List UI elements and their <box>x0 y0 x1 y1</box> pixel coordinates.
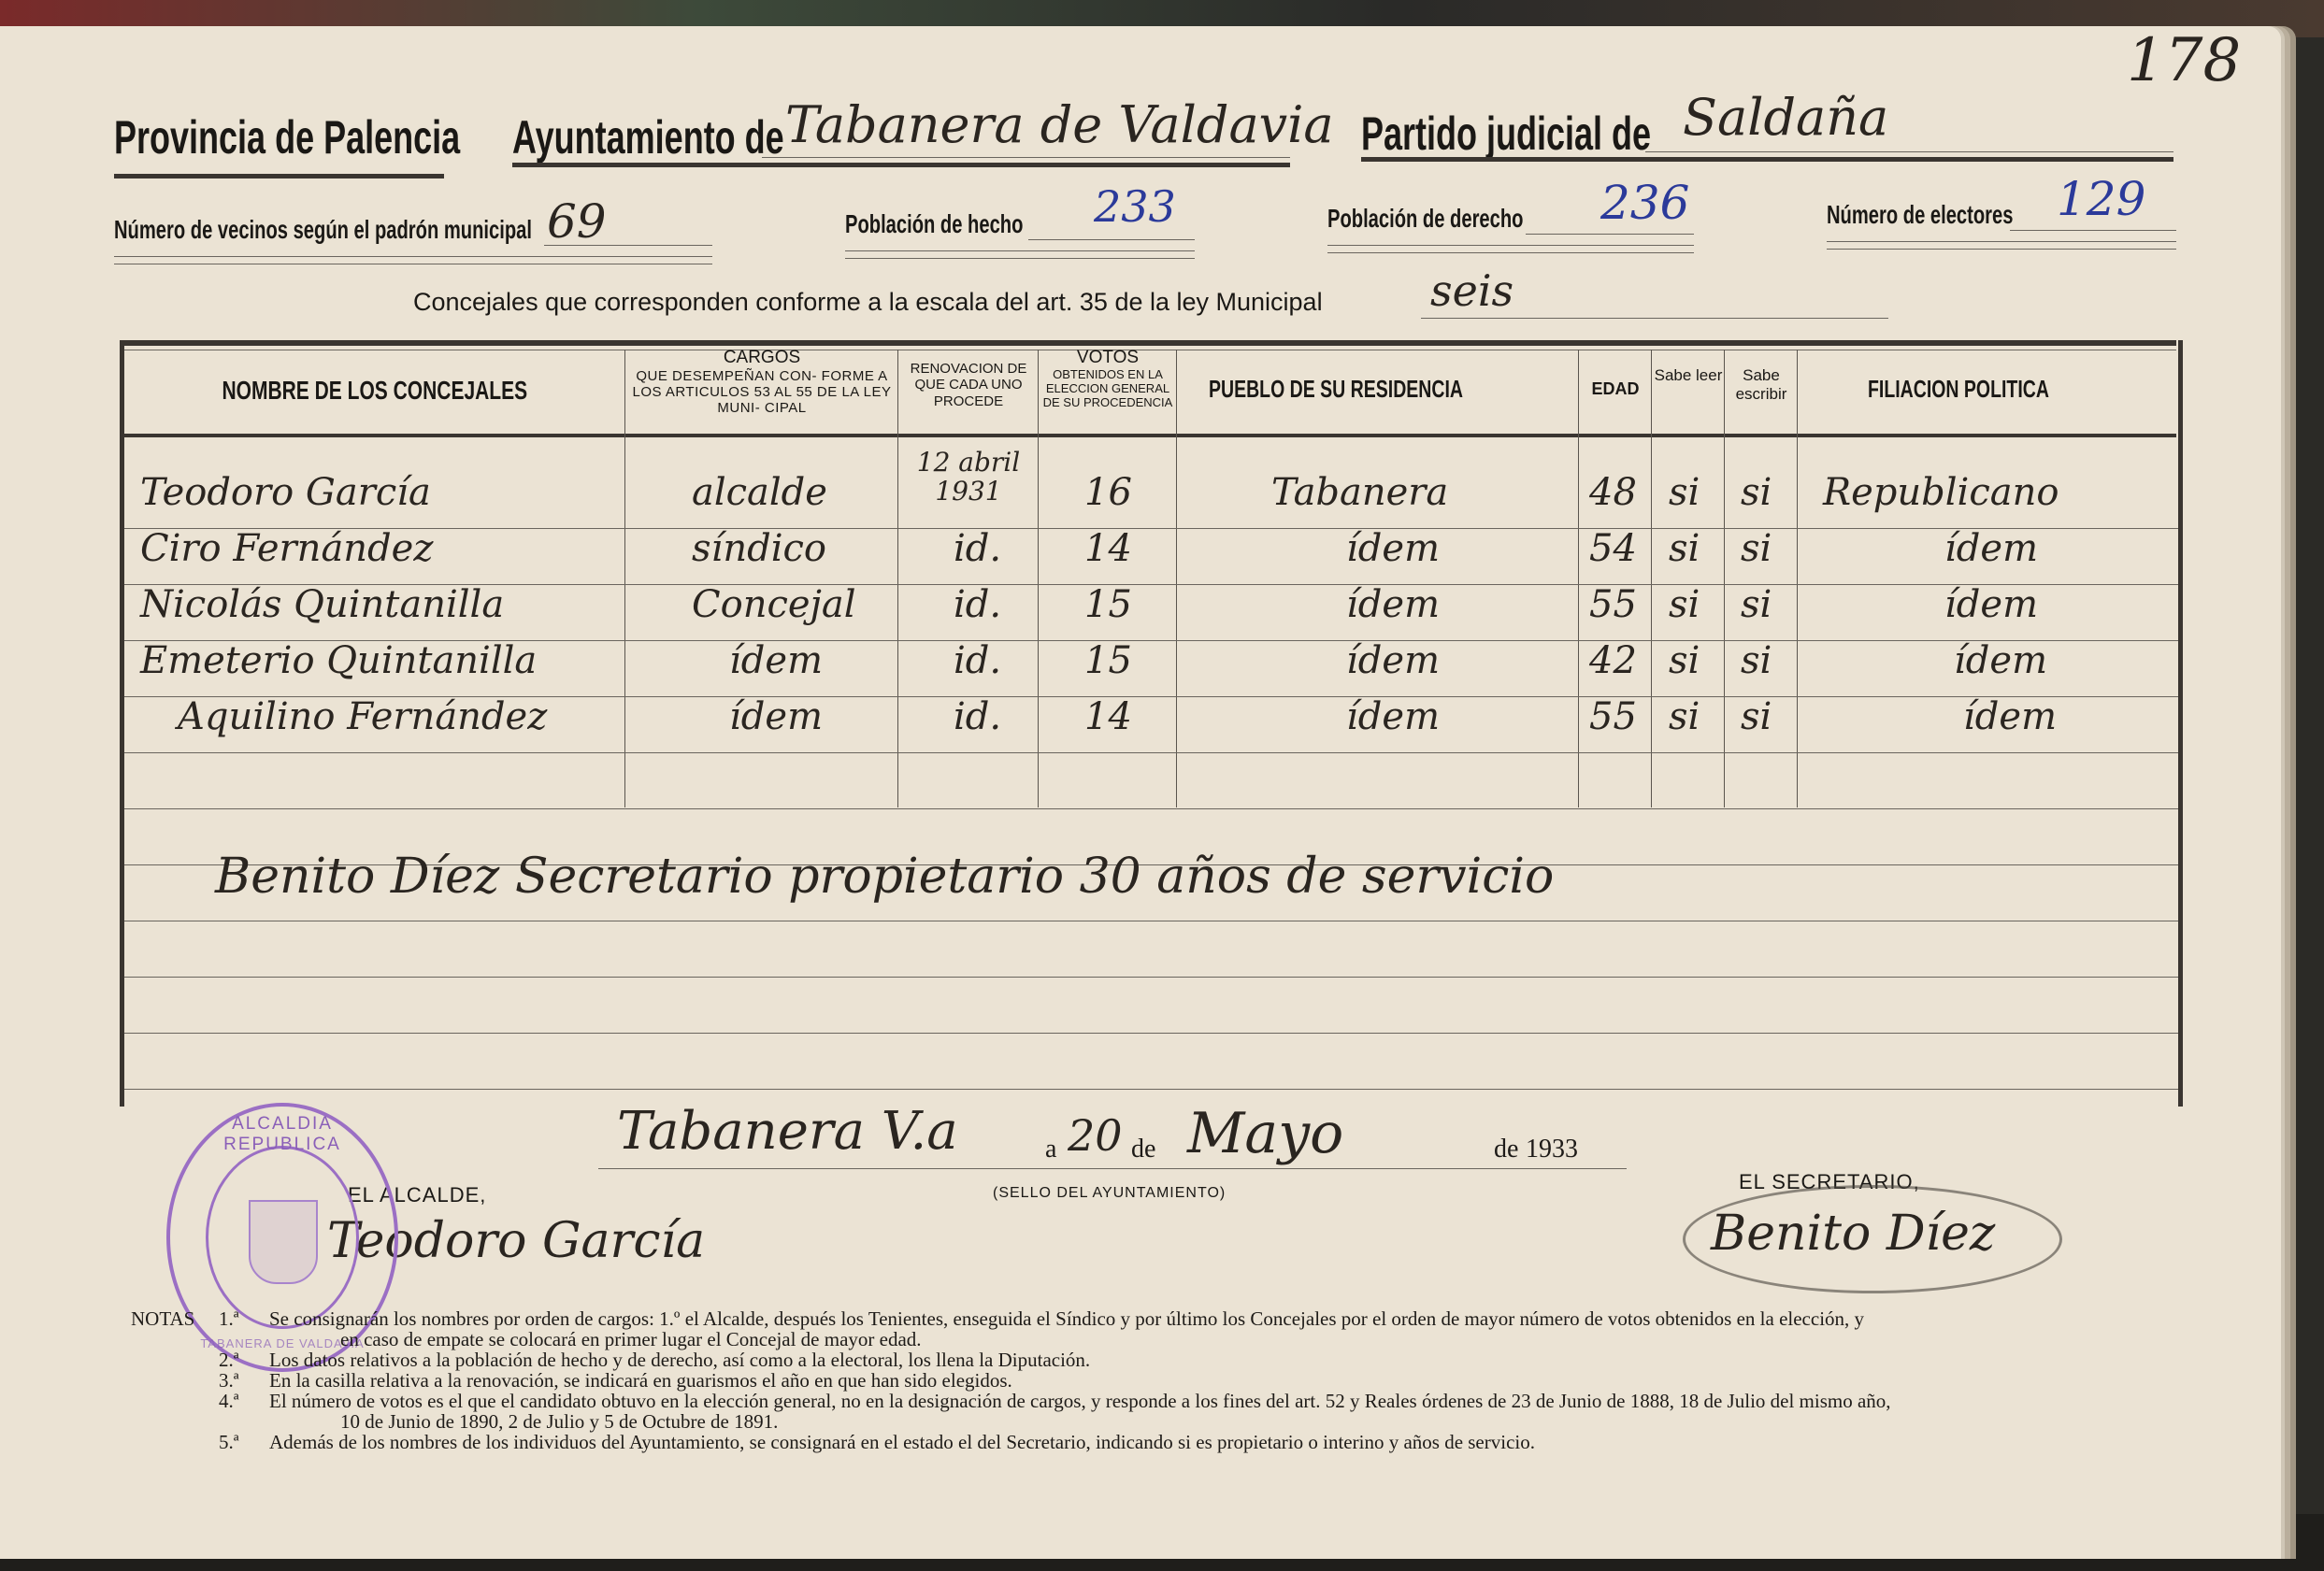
hecho-rule-1 <box>845 250 1195 251</box>
concejales-label: Concejales que corresponden conforme a l… <box>413 288 1323 317</box>
footer-year: 1933 <box>1526 1135 1578 1164</box>
cell-nombre: Nicolás Quintanilla <box>140 583 504 626</box>
cell-escribir: si <box>1741 583 1772 626</box>
note-number: 3.ª <box>219 1370 239 1391</box>
header-edad: EDAD <box>1580 379 1651 399</box>
cell-leer: si <box>1669 695 1700 738</box>
col-divider <box>897 350 898 807</box>
date-line <box>598 1168 1627 1169</box>
note-continuation: en caso de empate se colocará en primer … <box>131 1329 2216 1350</box>
cell-votos: 14 <box>1084 695 1132 738</box>
cell-filiacion: ídem <box>1944 527 2038 570</box>
folio-number: 178 <box>2127 26 2241 95</box>
cell-edad: 55 <box>1589 695 1637 738</box>
hecho-field-line <box>1028 239 1195 240</box>
cell-cargo: Concejal <box>692 583 856 626</box>
cell-nombre: Teodoro García <box>140 471 431 514</box>
vecinos-rule-2 <box>114 264 712 264</box>
derecho-rule-2 <box>1327 252 1694 253</box>
cell-cargo: alcalde <box>692 471 827 514</box>
col-divider <box>1724 350 1725 807</box>
note-number: 5.ª <box>219 1432 239 1452</box>
cell-leer: si <box>1669 639 1700 682</box>
cell-escribir: si <box>1741 639 1772 682</box>
cell-renovacion: id. <box>954 583 1001 626</box>
header-nombre: NOMBRE DE LOS CONCEJALES <box>124 376 624 406</box>
footer-date-a: a <box>1045 1135 1056 1164</box>
cell-renovacion: 12 abril 1931 <box>903 449 1034 507</box>
stamp-text-top: ALCALDIA REPUBLICA <box>189 1114 376 1155</box>
col-divider <box>1578 350 1579 807</box>
header-votos: VOTOS OBTENIDOS EN LA ELECCION GENERAL D… <box>1040 348 1176 410</box>
secretario-flourish <box>1683 1185 2062 1293</box>
poblacion-derecho-value[interactable]: 236 <box>1600 176 1689 230</box>
cell-cargo: ídem <box>729 695 823 738</box>
note-text: en caso de empate se colocará en primer … <box>340 1329 922 1350</box>
row-rule <box>124 808 2178 809</box>
cell-pueblo: ídem <box>1346 639 1440 682</box>
row-rule <box>124 752 2178 753</box>
note-continuation: 10 de Junio de 1890, 2 de Julio y 5 de O… <box>131 1411 2216 1432</box>
col-divider <box>1651 350 1652 807</box>
footer-month: Mayo <box>1187 1101 1343 1166</box>
cell-votos: 15 <box>1084 583 1132 626</box>
cell-pueblo: ídem <box>1346 583 1440 626</box>
poblacion-derecho-label: Población de derecho <box>1327 204 1523 234</box>
cell-leer: si <box>1669 471 1700 514</box>
electores-rule-2 <box>1827 249 2176 250</box>
sello-label: (SELLO DEL AYUNTAMIENTO) <box>993 1185 1226 1202</box>
coat-of-arms-icon <box>249 1200 318 1284</box>
cell-escribir: si <box>1741 695 1772 738</box>
header-bottom-rule <box>120 434 2176 437</box>
notes-section: NOTAS 1.ª Se consignarán los nombres por… <box>131 1308 2216 1452</box>
cell-votos: 16 <box>1084 471 1132 514</box>
row-rule <box>124 1033 2178 1034</box>
row-rule <box>124 921 2178 921</box>
poblacion-hecho-label: Población de hecho <box>845 209 1023 239</box>
form-page: 178 Provincia de Palencia Ayuntamiento d… <box>0 26 2281 1559</box>
header-filiacion: FILIACION POLITICA <box>1799 376 2178 404</box>
cell-votos: 14 <box>1084 527 1132 570</box>
vecinos-value[interactable]: 69 <box>547 194 607 249</box>
ayuntamiento-value[interactable]: Tabanera de Valdavia <box>785 95 1334 154</box>
note-text: Además de los nombres de los individuos … <box>269 1432 1535 1452</box>
ayuntamiento-label: Ayuntamiento de <box>512 110 784 164</box>
cell-cargo: ídem <box>729 639 823 682</box>
cell-leer: si <box>1669 583 1700 626</box>
electores-label: Número de electores <box>1827 200 2013 230</box>
note-item: 5.ª Además de los nombres de los individ… <box>131 1432 2216 1452</box>
note-number: 1.ª <box>219 1308 239 1329</box>
note-item: 4.ª El número de votos es el que el cand… <box>131 1391 2216 1411</box>
ayuntamiento-field-line <box>762 157 1290 158</box>
note-text: 10 de Junio de 1890, 2 de Julio y 5 de O… <box>340 1411 778 1432</box>
partido-field-line <box>1645 151 2173 152</box>
cell-votos: 15 <box>1084 639 1132 682</box>
ayuntamiento-underline <box>512 163 1290 167</box>
footer-de2: de <box>1494 1135 1518 1164</box>
cell-edad: 55 <box>1589 583 1637 626</box>
vecinos-label: Número de vecinos según el padrón munici… <box>114 215 532 245</box>
table-right-border <box>2178 340 2183 1107</box>
cell-leer: si <box>1669 527 1700 570</box>
cell-escribir: si <box>1741 471 1772 514</box>
footer-place: Tabanera V.a <box>617 1101 958 1162</box>
cell-filiacion: ídem <box>1963 695 2057 738</box>
cell-nombre: Aquilino Fernández <box>178 695 547 738</box>
table-top-border <box>120 340 2176 346</box>
table-left-border <box>120 340 124 1107</box>
note-item: NOTAS 1.ª Se consignarán los nombres por… <box>131 1308 2216 1329</box>
vecinos-rule-1 <box>114 256 712 257</box>
note-number: 2.ª <box>219 1350 239 1370</box>
note-text: En la casilla relativa a la renovación, … <box>269 1370 1012 1391</box>
cell-renovacion: id. <box>954 639 1001 682</box>
cell-nombre: Ciro Fernández <box>140 527 433 570</box>
hecho-rule-2 <box>845 258 1195 259</box>
partido-label: Partido judicial de <box>1361 107 1651 161</box>
header-pueblo: PUEBLO DE SU RESIDENCIA <box>1178 376 1578 404</box>
vecinos-field-line <box>544 245 712 246</box>
footer-de1: de <box>1131 1135 1155 1164</box>
cell-renovacion: id. <box>954 695 1001 738</box>
note-item: 2.ª Los datos relativos a la población d… <box>131 1350 2216 1370</box>
note-text: Los datos relativos a la población de he… <box>269 1350 1090 1370</box>
cell-escribir: si <box>1741 527 1772 570</box>
electores-value[interactable]: 129 <box>2057 172 2145 226</box>
cell-pueblo: Tabanera <box>1271 471 1448 514</box>
row-rule <box>124 977 2178 978</box>
cell-edad: 48 <box>1589 471 1637 514</box>
electores-field-line <box>2010 230 2176 231</box>
concejales-value[interactable]: seis <box>1430 265 1513 316</box>
concejales-field-line <box>1421 318 1888 319</box>
notes-label: NOTAS <box>131 1308 194 1329</box>
col-divider <box>1797 350 1798 807</box>
cell-filiacion: Republicano <box>1823 471 2059 514</box>
cell-pueblo: ídem <box>1346 527 1440 570</box>
secretary-note: Benito Díez Secretario propietario 30 añ… <box>215 849 1554 905</box>
cell-nombre: Emeterio Quintanilla <box>140 639 537 682</box>
partido-underline <box>1361 157 2173 162</box>
header-sabe-leer: Sabe leer <box>1653 366 1724 385</box>
cell-renovacion: id. <box>954 527 1001 570</box>
row-rule <box>124 1089 2178 1090</box>
note-text: El número de votos es el que el candidat… <box>269 1391 1891 1411</box>
note-number: 4.ª <box>219 1391 239 1411</box>
cell-filiacion: ídem <box>1944 583 2038 626</box>
cell-edad: 54 <box>1589 527 1637 570</box>
electores-rule-1 <box>1827 241 2176 242</box>
cell-edad: 42 <box>1589 639 1637 682</box>
cell-filiacion: ídem <box>1954 639 2047 682</box>
footer-day: 20 <box>1068 1110 1123 1161</box>
partido-value[interactable]: Saldaña <box>1683 88 1888 147</box>
provincia-heading: Provincia de Palencia <box>114 110 460 164</box>
derecho-field-line <box>1526 234 1694 235</box>
derecho-rule-1 <box>1327 245 1694 246</box>
note-text: Se consignarán los nombres por orden de … <box>269 1308 1864 1329</box>
header-renovacion: RENOVACION DE QUE CADA UNO PROCEDE <box>899 361 1038 409</box>
col-divider <box>624 350 625 807</box>
poblacion-hecho-value[interactable]: 233 <box>1094 181 1176 232</box>
cell-pueblo: ídem <box>1346 695 1440 738</box>
provincia-underline <box>114 174 444 179</box>
cell-cargo: síndico <box>692 527 826 570</box>
col-divider <box>1176 350 1177 807</box>
note-item: 3.ª En la casilla relativa a la renovaci… <box>131 1370 2216 1391</box>
header-sabe-escribir: Sabe escribir <box>1726 366 1797 403</box>
header-cargos: CARGOS QUE DESEMPEÑAN CON- FORME A LOS A… <box>626 348 897 417</box>
col-divider <box>1038 350 1039 807</box>
